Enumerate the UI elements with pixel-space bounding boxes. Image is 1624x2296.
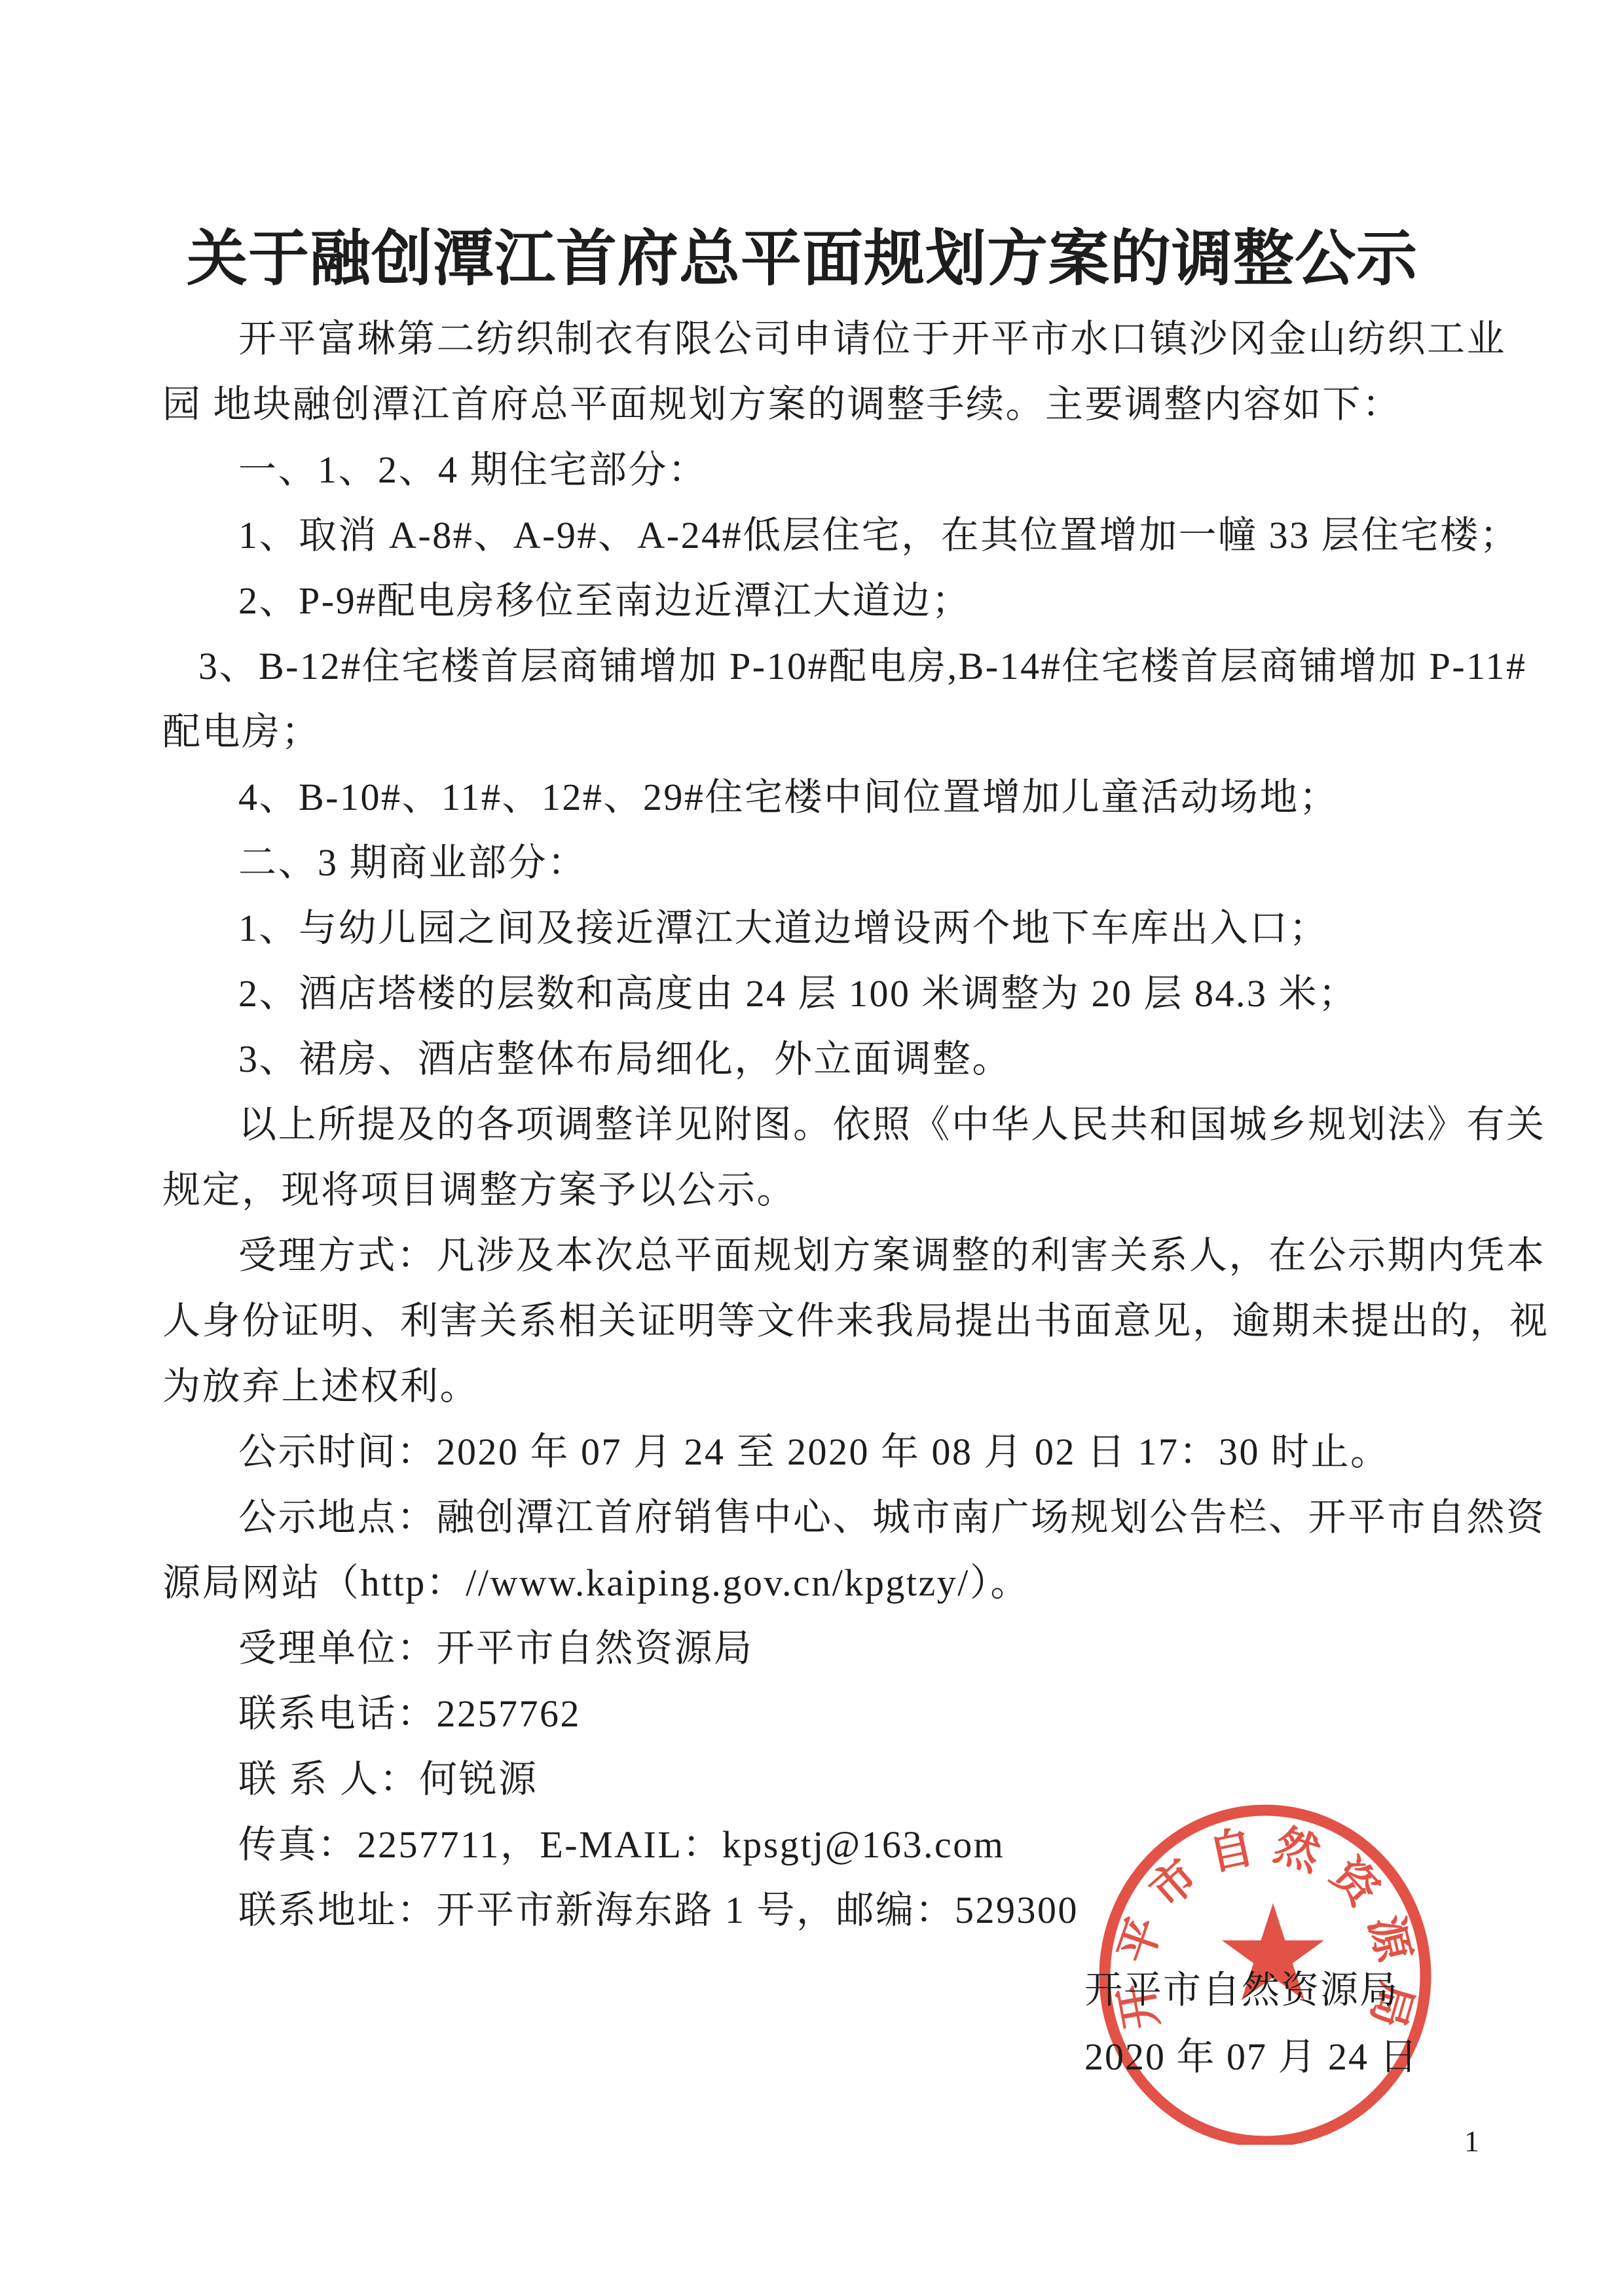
document-line: 受理方式：凡涉及本次总平面规划方案调整的利害关系人，在公示期内凭本 [162,1223,1544,1288]
document-line: 为放弃上述权利。 [162,1354,1544,1419]
document-line: 联系电话：2257762 [162,1681,1544,1747]
document-line: 2、酒店塔楼的层数和高度由 24 层 100 米调整为 20 层 84.3 米； [162,961,1544,1027]
page-number: 1 [1464,2124,1479,2159]
document-line: 开平富琳第二纺织制衣有限公司申请位于开平市水口镇沙冈金山纺织工业 [162,306,1544,372]
document-line: 3、裙房、酒店整体布局细化，外立面调整。 [162,1027,1544,1092]
document-body: 开平富琳第二纺织制衣有限公司申请位于开平市水口镇沙冈金山纺织工业园 地块融创潭江… [162,306,1544,1943]
signature-agency: 开平市自然资源局 [1084,1959,1399,2014]
document-line: 1、取消 A-8#、A-9#、A-24#低层住宅，在其位置增加一幢 33 层住宅… [162,503,1544,568]
page-title: 关于融创潭江首府总平面规划方案的调整公示 [0,210,1604,297]
document-line: 公示地点：融创潭江首府销售中心、城市南广场规划公告栏、开平市自然资 [162,1485,1544,1550]
document-line: 规定，现将项目调整方案予以公示。 [162,1157,1544,1223]
document-line: 1、与幼儿园之间及接近潭江大道边增设两个地下车库出入口； [162,896,1544,961]
document-line: 园 地块融创潭江首府总平面规划方案的调整手续。主要调整内容如下： [162,372,1544,437]
document-line: 3、B-12#住宅楼首层商铺增加 P-10#配电房,B-14#住宅楼首层商铺增加… [162,634,1544,699]
document-line: 一、1、2、4 期住宅部分： [162,437,1544,503]
document-line: 人身份证明、利害关系相关证明等文件来我局提出书面意见，逾期未提出的，视 [162,1288,1544,1354]
document-line: 二、3 期商业部分： [162,830,1544,896]
document-line: 受理单位：开平市自然资源局 [162,1616,1544,1681]
document-line: 以上所提及的各项调整详见附图。依照《中华人民共和国城乡规划法》有关 [162,1092,1544,1157]
document-line: 配电房； [162,699,1544,765]
document-line: 联 系 人：何锐源 [162,1747,1544,1812]
document-page: 关于融创潭江首府总平面规划方案的调整公示 开平富琳第二纺织制衣有限公司申请位于开… [0,0,1624,2296]
document-line: 公示时间：2020 年 07 月 24 至 2020 年 08 月 02 日 1… [162,1419,1544,1485]
document-line: 2、P-9#配电房移位至南边近潭江大道边； [162,568,1544,634]
signature-date: 2020 年 07 月 24 日 [1084,2026,1419,2081]
document-line: 源局网站（http：//www.kaiping.gov.cn/kpgtzy/）。 [162,1550,1544,1616]
document-line: 4、B-10#、11#、12#、29#住宅楼中间位置增加儿童活动场地； [162,765,1544,830]
